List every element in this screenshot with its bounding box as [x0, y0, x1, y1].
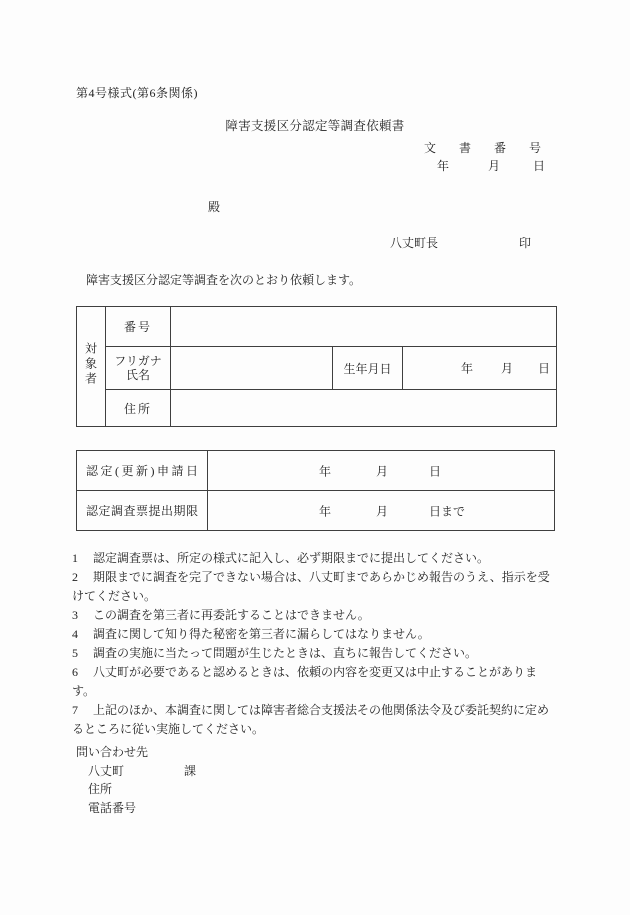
issuer-title: 八丈町長 [390, 234, 438, 251]
addressee-suffix: 殿 [208, 198, 220, 215]
contact-section-label: 課 [184, 764, 196, 778]
contact-section: 問い合わせ先 八丈町課 住所 電話番号 [76, 743, 196, 817]
note-number: 7 [72, 701, 93, 720]
birth-year-label: 年 [461, 360, 473, 377]
name-value-cell [171, 347, 333, 390]
note-item-4: 4調査に関して知り得た秘密を第三者に漏らしてはなりません。 [72, 625, 556, 644]
issue-date-year-label: 年 [437, 157, 449, 174]
number-value-cell [171, 307, 557, 347]
seal-mark: 印 [519, 234, 531, 251]
intro-sentence: 障害支援区分認定等調査を次のとおり依頼します。 [86, 271, 361, 288]
note-item-1: 1認定調査票は、所定の様式に記入し、必ず期限までに提出してください。 [72, 549, 556, 568]
note-text: この調査を第三者に再委託することはできません。 [93, 608, 370, 622]
deadline-day-label: 日まで [429, 502, 465, 519]
page-title: 障害支援区分認定等調査依頼書 [5, 116, 625, 134]
note-item-7: 7上記のほか、本調査に関しては障害者総合支援法その他関係法令及び委託契約に定め … [72, 701, 556, 739]
note-item-3: 3この調査を第三者に再委託することはできません。 [72, 606, 556, 625]
note-item-2: 2期限までに調査を完了できない場合は、八丈町まであらかじめ報告のうえ、指示を受 … [72, 568, 556, 606]
name-label: 氏名 [106, 368, 170, 382]
contact-heading: 問い合わせ先 [76, 743, 196, 762]
form-number: 第4号様式(第6条関係) [76, 84, 198, 101]
name-label-cell: フリガナ 氏名 [106, 347, 171, 390]
subject-group-label: 対象者 [83, 342, 100, 387]
birth-day-label: 日 [538, 360, 550, 377]
notes-list: 1認定調査票は、所定の様式に記入し、必ず期限までに提出してください。 2期限まで… [72, 549, 556, 739]
subject-table: 対象者 番号 フリガナ 氏名 生年月日 年 月 日 住所 [76, 306, 557, 427]
application-year-label: 年 [319, 462, 331, 479]
issue-date-month-label: 月 [488, 157, 500, 174]
birth-month-label: 月 [501, 360, 513, 377]
note-text: 認定調査票は、所定の様式に記入し、必ず期限までに提出してください。 [93, 551, 489, 565]
subject-group-cell: 対象者 [77, 307, 106, 427]
note-number: 3 [72, 606, 93, 625]
deadline-value-cell: 年 月 日まで [208, 491, 555, 531]
address-label-cell: 住所 [106, 390, 171, 427]
contact-phone-label: 電話番号 [88, 799, 196, 818]
document-page: 第4号様式(第6条関係) 障害支援区分認定等調査依頼書 文書番号 年 月 日 殿… [0, 0, 630, 915]
application-date-value-cell: 年 月 日 [208, 451, 555, 491]
contact-office-line: 八丈町課 [88, 762, 196, 781]
application-date-label-cell: 認定(更新)申請日 [77, 451, 208, 491]
note-number: 5 [72, 644, 93, 663]
schedule-table: 認定(更新)申請日 年 月 日 認定調査票提出期限 年 月 日まで [76, 450, 555, 531]
note-text: 上記のほか、本調査に関しては障害者総合支援法その他関係法令及び委託契約に定め る… [72, 703, 549, 736]
birthdate-label-cell: 生年月日 [333, 347, 403, 390]
deadline-month-label: 月 [376, 502, 388, 519]
doc-number-field: 文書番号 [424, 139, 541, 156]
furigana-label: フリガナ [106, 354, 170, 368]
note-item-5: 5調査の実施に当たって問題が生じたときは、直ちに報告してください。 [72, 644, 556, 663]
number-label-cell: 番号 [106, 307, 171, 347]
note-text: 八丈町が必要であると認めるときは、依頼の内容を変更又は中止することがあります。 [72, 665, 537, 698]
note-text: 調査の実施に当たって問題が生じたときは、直ちに報告してください。 [93, 646, 477, 660]
note-text: 期限までに調査を完了できない場合は、八丈町まであらかじめ報告のうえ、指示を受 け… [72, 570, 550, 603]
contact-office: 八丈町 [88, 764, 124, 778]
issue-date-day-label: 日 [533, 157, 545, 174]
contact-address-label: 住所 [88, 780, 196, 799]
address-value-cell [171, 390, 557, 427]
deadline-label-cell: 認定調査票提出期限 [77, 491, 208, 531]
application-day-label: 日 [429, 462, 441, 479]
note-text: 調査に関して知り得た秘密を第三者に漏らしてはなりません。 [93, 627, 430, 641]
application-month-label: 月 [376, 462, 388, 479]
note-number: 2 [72, 568, 93, 587]
note-number: 4 [72, 625, 93, 644]
issue-date-line: 年 月 日 [0, 157, 630, 173]
note-item-6: 6八丈町が必要であると認めるときは、依頼の内容を変更又は中止することがあります。 [72, 663, 556, 701]
birthdate-value-cell: 年 月 日 [403, 347, 557, 390]
note-number: 1 [72, 549, 93, 568]
deadline-year-label: 年 [319, 502, 331, 519]
note-number: 6 [72, 663, 93, 682]
